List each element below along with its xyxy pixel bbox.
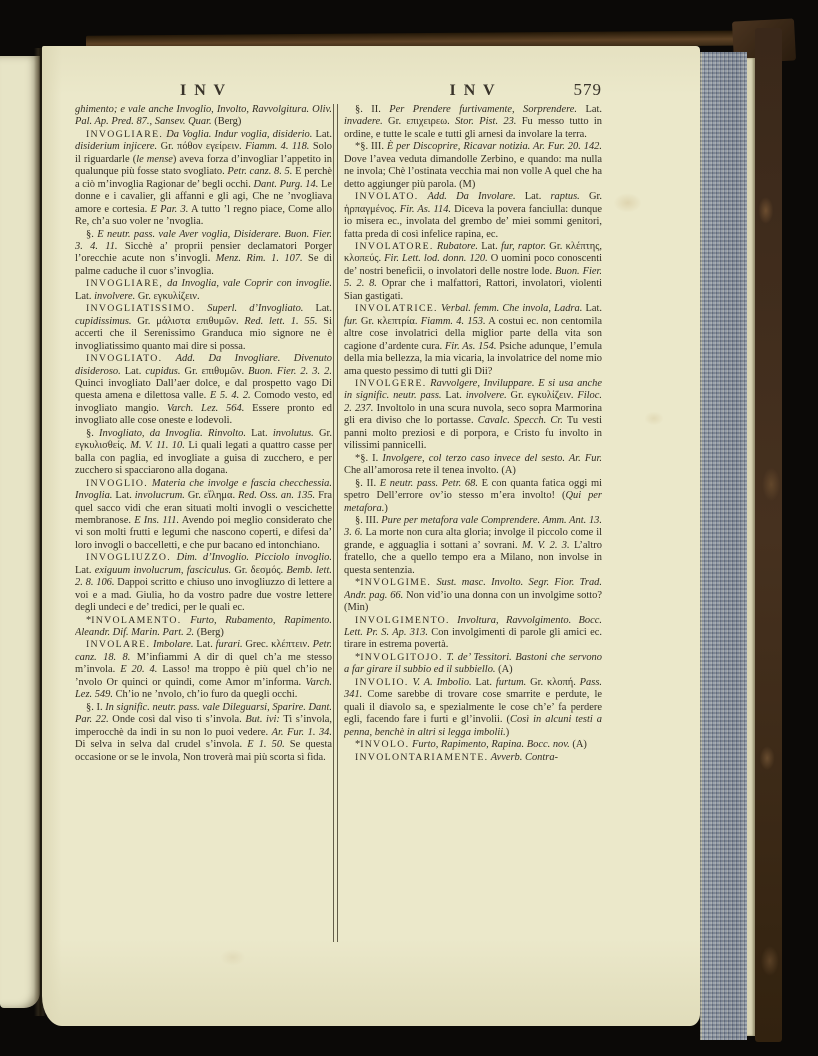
text-segment: Che all’amorosa rete il tenea involto. (…: [344, 465, 516, 476]
text-segment: Rubatore.: [434, 241, 478, 252]
text-segment: Cavalc. Specch. Cr.: [478, 415, 563, 426]
paragraph: INVOGLIARE. Da Voglia. Indur voglia, dis…: [75, 129, 332, 229]
text-segment: Furto, Rapimento, Rapina. Bocc. nov.: [409, 739, 569, 750]
paragraph: INVOLGERE. Ravvolgere, Inviluppare. E si…: [344, 378, 602, 453]
text-segment: Lat.: [121, 366, 146, 377]
text-segment: Da Voglia. Indur voglia, disiderio.: [163, 129, 312, 140]
text-segment: M. V. 2. 3.: [522, 540, 570, 551]
paragraph: *§. III. È per Discoprire, Ricavar notiz…: [344, 141, 602, 191]
text-segment: *§. I.: [355, 453, 382, 464]
text-segment: Lat.: [516, 191, 551, 202]
text-segment: Dim. d’Invoglio. Picciolo invoglio.: [171, 552, 332, 563]
paragraph: *INVOLGIME. Sust. masc. Involto. Segr. F…: [344, 577, 602, 614]
text-segment: invadere.: [344, 116, 383, 127]
text-segment: §. I.: [86, 702, 105, 713]
paragraph: §. Invogliato, da Invoglia. Rinvolto. La…: [75, 428, 332, 478]
text-segment: Lat.: [194, 639, 216, 650]
paragraph: §. E neutr. pass. vale Aver voglia, Disi…: [75, 229, 332, 279]
column-divider: [333, 104, 338, 942]
text-segment: raptus.: [550, 191, 579, 202]
text-segment: E 5. 4. 2.: [210, 390, 251, 401]
text-segment: Verbal. femm. Che invola, Ladra.: [438, 303, 583, 314]
text-segment: E 1. 50.: [247, 739, 284, 750]
paragraph: INVOGLIUZZO. Dim. d’Invoglio. Picciolo i…: [75, 552, 332, 614]
fore-edge: [700, 52, 747, 1040]
text-segment: Fir. As. 154.: [445, 341, 497, 352]
text-segment: Gr. επιθυμῶν.: [180, 366, 248, 377]
paragraph: INVOLIO. V. A. Imbolio. Lat. furtum. Gr.…: [344, 677, 602, 739]
text-segment: Gr. δεσμός.: [231, 565, 286, 576]
text-segment: Add. Da Involare.: [419, 191, 516, 202]
paragraph: *§. I. Involgere, col terzo caso invece …: [344, 453, 602, 478]
text-segment: Gr. εἴλημα.: [185, 490, 238, 501]
text-segment: Fiamm. 4. 153.: [421, 316, 486, 327]
text-segment: E Par. 3.: [151, 204, 189, 215]
text-segment: Per Prendere furtivamente, Sorprendere.: [389, 104, 577, 115]
paragraph: *INVOLAMENTO. Furto, Rubamento, Rapiment…: [75, 615, 332, 640]
entry-headword: INVOLIO.: [355, 677, 409, 688]
text-segment: §. III.: [355, 515, 381, 526]
text-segment: Lat.: [75, 565, 95, 576]
text-segment: Lat.: [478, 241, 501, 252]
paragraph: INVOGLIATO. Add. Da Invogliare. Divenuto…: [75, 353, 332, 428]
text-segment: Lat.: [112, 490, 134, 501]
paragraph: ghimento; e vale anche Invoglio, Involto…: [75, 104, 332, 129]
text-segment: Fir. As. 114.: [400, 204, 451, 215]
text-segment: Red. lett. 1. 55.: [244, 316, 317, 327]
entry-headword: INVOLAMENTO.: [91, 615, 181, 626]
entry-headword: INVOLGIME.: [360, 577, 431, 588]
text-segment: Gr. πόθον εγείρειν.: [157, 141, 245, 152]
text-segment: cupidus.: [145, 366, 180, 377]
entry-headword: INVOLGITOJO.: [360, 652, 443, 663]
text-segment: Lat.: [442, 390, 466, 401]
text-segment: involutus.: [273, 428, 314, 439]
text-segment: §.: [86, 229, 97, 240]
text-segment: Red. Oss. an. 135.: [238, 490, 315, 501]
paragraph: INVOLONTARIAMENTE. Avverb. Contra-: [344, 752, 602, 764]
text-segment: involvere.: [94, 291, 135, 302]
text-segment: Fir. Lett. lod. donn. 120.: [384, 253, 488, 264]
text-segment: Lat.: [577, 104, 602, 115]
edge-sliver: [747, 58, 755, 1036]
entry-headword: INVOGLIARE.: [86, 129, 163, 140]
paragraph: *INVOLO. Furto, Rapimento, Rapina. Bocc.…: [344, 739, 602, 751]
text-segment: Lat.: [582, 303, 602, 314]
column-left: ghimento; e vale anche Invoglio, Involto…: [75, 104, 332, 948]
text-segment: Buon. Fier. 2. 3. 2.: [248, 366, 332, 377]
text-segment: Dove l’avea veduta dimandolle Zerbino, e…: [344, 154, 602, 190]
text-segment: §. II.: [355, 104, 389, 115]
entry-headword: INVOGLIARE,: [86, 278, 163, 289]
text-segment: Grec. κλέπτειν.: [243, 639, 313, 650]
text-segment: furtum.: [496, 677, 526, 688]
text-segment: Gr. κλοπή.: [526, 677, 579, 688]
text-segment: Varch. Lez. 564.: [167, 403, 245, 414]
text-segment: Gr. επιχειρεω.: [383, 116, 455, 127]
text-segment: Petr. canz. 8. 5.: [227, 166, 292, 177]
paragraph: INVOLATRICE. Verbal. femm. Che invola, L…: [344, 303, 602, 378]
text-segment: Stor. Pist. 23.: [455, 116, 516, 127]
text-segment: cupidissimus.: [75, 316, 132, 327]
text-segment: (A): [570, 739, 587, 750]
text-segment: fur, raptor.: [501, 241, 546, 252]
text-segment: Lat.: [75, 291, 94, 302]
text-segment: E Ins. 111.: [134, 515, 179, 526]
entry-headword: INVOGLIATO.: [86, 353, 162, 364]
text-segment: ghimento; e vale anche Invoglio, Involto…: [75, 104, 332, 127]
text-segment: Gr. μάλιστα επιθυμῶν.: [132, 316, 245, 327]
text-segment: Dant. Purg. 14.: [253, 179, 318, 190]
text-segment: V. A. Imbolio.: [409, 677, 472, 688]
entry-headword: INVOGLIUZZO.: [86, 552, 171, 563]
text-segment: involucrum.: [135, 490, 185, 501]
entry-headword: INVOGLIATISSIMO.: [86, 303, 195, 314]
entry-headword: INVOLATORE.: [355, 241, 434, 252]
entry-headword: INVOLGERE.: [355, 378, 427, 389]
text-segment: §.: [86, 428, 99, 439]
entry-headword: INVOLGIMENTO.: [355, 615, 450, 626]
text-segment: Gr. κλεπτρία.: [358, 316, 421, 327]
text-segment: Onde così dal viso ti s’invola.: [109, 714, 246, 725]
text-segment: Oprar che i malfattori, Rattori, involat…: [344, 278, 602, 301]
text-segment: §. II.: [355, 478, 380, 489]
paragraph: INVOLATORE. Rubatore. Lat. fur, raptor. …: [344, 241, 602, 303]
paragraph: §. II. E neutr. pass. Petr. 68. E con qu…: [344, 478, 602, 515]
entry-headword: INVOLATRICE.: [355, 303, 438, 314]
text-segment: Lat.: [312, 129, 332, 140]
text-segment: da Invoglia, vale Coprir con invoglie.: [163, 278, 332, 289]
text-segment: Involgere, col terzo caso invece del ses…: [382, 453, 602, 464]
text-segment: Invogliato, da Invoglia. Rinvolto.: [99, 428, 246, 439]
paragraph: INVOGLIO. Materia che involge e fascia c…: [75, 478, 332, 553]
text-segment: ): [384, 503, 387, 514]
text-segment: Gr. εγκυλίζειν.: [135, 291, 199, 302]
text-segment: le mense: [136, 154, 173, 165]
text-segment: But. ivi:: [245, 714, 280, 725]
entry-headword: INVOLONTARIAMENTE.: [355, 752, 488, 763]
text-segment: disiderium injicere.: [75, 141, 157, 152]
paragraph: INVOGLIATISSIMO. Superl. d’Invogliato. L…: [75, 303, 332, 353]
page: I N V I N V 579 ghimento; e vale anche I…: [42, 46, 700, 1026]
text-segment: Ch’io ne ’nvolo, ch’io furo da quegli oc…: [113, 689, 297, 700]
text-segment: Di selva in selva dal crudel s’invola.: [75, 739, 247, 750]
text-segment: E neutr. pass. Petr. 68.: [380, 478, 478, 489]
paragraph: §. I. In signific. neutr. pass. vale Dil…: [75, 702, 332, 764]
entry-headword: INVOLATO.: [355, 191, 419, 202]
text-segment: ): [506, 727, 509, 738]
paragraph: INVOLGIMENTO. Involtura, Ravvolgimento. …: [344, 615, 602, 652]
paragraph: §. II. Per Prendere furtivamente, Sorpre…: [344, 104, 602, 141]
paragraph: INVOGLIARE, da Invoglia, vale Coprir con…: [75, 278, 332, 303]
running-title-left: I N V: [75, 82, 332, 102]
text-segment: Gr. εγκυλίζειν.: [507, 390, 578, 401]
text-segment: È per Discoprire, Ricavar notizia. Ar. F…: [387, 141, 602, 152]
text-segment: furari.: [216, 639, 243, 650]
text-segment: Lat.: [246, 428, 273, 439]
text-segment: Lat.: [472, 677, 496, 688]
text-segment: Imbolare.: [150, 639, 193, 650]
text-segment: Superl. d’Invogliato.: [195, 303, 303, 314]
text-segment: E 20. 4.: [120, 664, 157, 675]
entry-headword: INVOGLIO.: [86, 478, 148, 489]
paragraph: INVOLATO. Add. Da Involare. Lat. raptus.…: [344, 191, 602, 241]
text-segment: Menz. Rim. 1. 107.: [216, 253, 303, 264]
text-segment: (Berg): [214, 116, 241, 127]
text-segment: exiguum involucrum, fasciculus.: [95, 565, 231, 576]
text-segment: Ar. Fur. 1. 34.: [272, 727, 332, 738]
text-segment: fur.: [344, 316, 358, 327]
book-photo: I N V I N V 579 ghimento; e vale anche I…: [0, 0, 818, 1056]
text-segment: (A): [496, 664, 513, 675]
text-segment: (Berg): [194, 627, 224, 638]
entry-headword: INVOLO.: [360, 739, 409, 750]
paragraph: *INVOLGITOJO. T. de’ Tessitori. Bastoni …: [344, 652, 602, 677]
page-number: 579: [540, 80, 602, 100]
text-segment: Fiamm. 4. 118.: [245, 141, 309, 152]
entry-headword: INVOLARE.: [86, 639, 150, 650]
text-segment: Lat.: [303, 303, 332, 314]
text-segment: Dappoi scritto e chiuso uno invogliuzzo …: [75, 577, 332, 613]
text-segment: involvere.: [466, 390, 507, 401]
text-segment: *§. III.: [355, 141, 387, 152]
text-segment: Avverb. Contra-: [488, 752, 558, 763]
text-segment: M. V. 11. 10.: [130, 440, 185, 451]
paragraph: §. III. Pure per metafora vale Comprende…: [344, 515, 602, 577]
paragraph: INVOLARE. Imbolare. Lat. furari. Grec. κ…: [75, 639, 332, 701]
book-cover-edge: [755, 28, 782, 1042]
column-right: §. II. Per Prendere furtivamente, Sorpre…: [344, 104, 602, 948]
